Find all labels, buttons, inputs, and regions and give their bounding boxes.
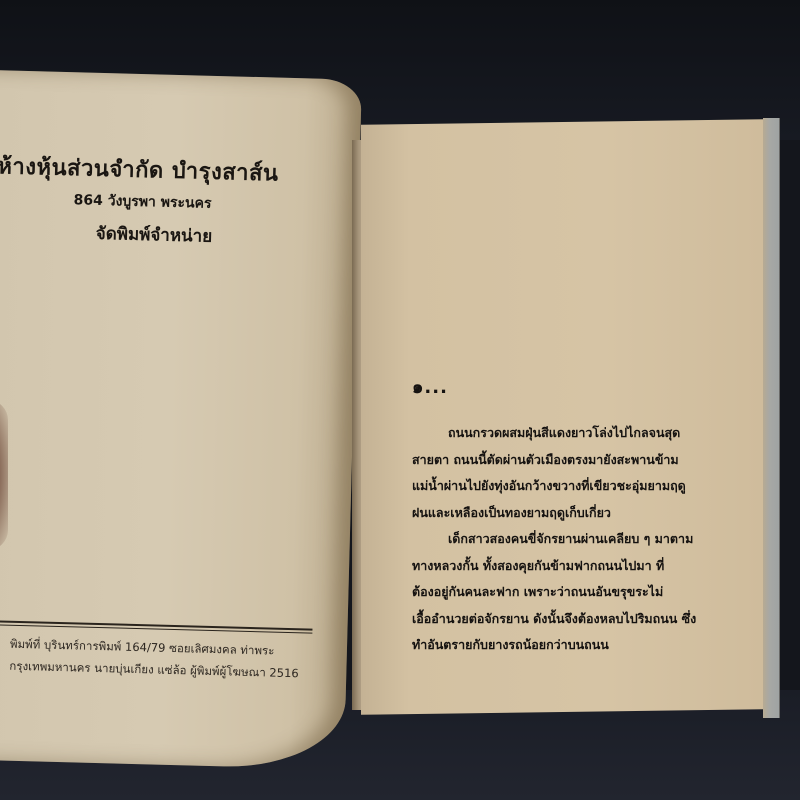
publisher-block: ห้างหุ้นส่วนจำกัด บำรุงสาส์น 864 วังบูรพ… [0, 148, 348, 253]
paragraph-2: เด็กสาวสองคนขี่จักรยานผ่านเคลียบ ๆ มาตาม… [412, 526, 732, 659]
text-line: สายตา ถนนนี้ตัดผ่านตัวเมืองตรงมายังสะพาน… [412, 447, 732, 474]
publisher-address: 864 วังบูรพา พระนคร [0, 187, 347, 218]
text-line: ทางหลวงกั้น ทั้งสองคุยกันข้ามฟากถนนไปมา … [412, 553, 732, 580]
text-line: ฝนและเหลืองเป็นทองยามฤดูเก็บเกี่ยว [412, 500, 732, 527]
text-line: แม่น้ำผ่านไปยังทุ่งอันกว้างขวางที่เขียวช… [412, 473, 732, 500]
distribution-label: จัดพิมพ์จำหน่าย [0, 217, 346, 253]
chapter-text: ๑... ถนนกรวดผสมฝุ่นสีแดงยาวโล่งไปไกลจนสุ… [412, 372, 732, 659]
text-line: เด็กสาวสองคนขี่จักรยานผ่านเคลียบ ๆ มาตาม [412, 526, 732, 553]
paragraph-1: ถนนกรวดผสมฝุ่นสีแดงยาวโล่งไปไกลจนสุด สาย… [412, 420, 732, 526]
text-line: ทำอันตรายกับยางรถน้อยกว่าบนถนน [412, 632, 732, 659]
imprint-divider [0, 620, 312, 633]
text-line: เอื้ออำนวยต่อจักรยาน ดังนั้นจึงต้องหลบไป… [412, 606, 732, 633]
text-line: ต้องอยู่กันคนละฟาก เพราะว่าถนนอันขรุขระไ… [412, 579, 732, 606]
chapter-marker: ๑... [412, 372, 732, 420]
book-cover-edge [763, 118, 780, 718]
publisher-name: ห้างหุ้นส่วนจำกัด บำรุงสาส์น [0, 148, 348, 192]
thumb [0, 400, 8, 550]
printer-imprint: พิมพ์ที่ บุรินทร์การพิมพ์ 164/79 ซอยเลิศ… [9, 633, 330, 685]
text-line: ถนนกรวดผสมฝุ่นสีแดงยาวโล่งไปไกลจนสุด [412, 420, 732, 447]
left-page: ห้างหุ้นส่วนจำกัด บำรุงสาส์น 864 วังบูรพ… [0, 70, 362, 770]
